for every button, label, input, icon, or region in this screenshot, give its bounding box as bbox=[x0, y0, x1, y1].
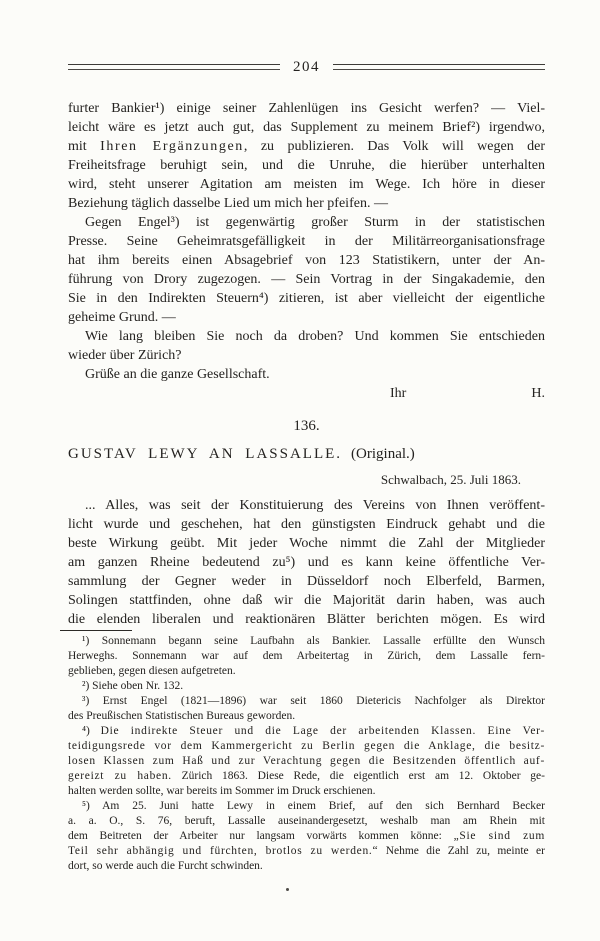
text-line: losen Klassen zum Haß und zur Verachtung… bbox=[68, 754, 545, 769]
letter-title: GUSTAV LEWY AN LASSALLE.(Original.) bbox=[68, 444, 545, 464]
text-line: teidigungsrede vor dem Kammergericht zu … bbox=[68, 739, 545, 754]
text-line: Solingen stattfinden, ohne daß wir die M… bbox=[68, 591, 545, 610]
text-line: führung von Drory zugezogen. — Sein Vort… bbox=[68, 270, 545, 289]
footnotes-section: ¹) Sonnemann begann seine Laufbahn als B… bbox=[68, 634, 545, 874]
letter-title-name: GUSTAV LEWY AN LASSALLE. bbox=[68, 446, 342, 462]
text-line: ³) Ernst Engel (1821—1896) war seit 1860… bbox=[68, 694, 545, 709]
paragraph: ... Alles, was seit der Konstituierung d… bbox=[68, 496, 545, 629]
letter-135-paragraphs: furter Bankier¹) einige seiner Zahlenlüg… bbox=[68, 99, 545, 384]
text-line: ⁴) Die indirekte Steuer und die Lage der… bbox=[68, 724, 545, 739]
text-span: mit bbox=[68, 139, 100, 154]
text-span: , zu publizieren. Das Volk will wegen de… bbox=[244, 139, 545, 154]
text-span: dem Beitreten der Arbeiter nur langsam v… bbox=[68, 830, 454, 842]
text-line: dort, so werde auch die Furcht schwinden… bbox=[68, 859, 545, 874]
text-line: mit Ihren Ergänzungen, zu publizieren. D… bbox=[68, 137, 545, 156]
emphasized-text: Ihren Ergänzungen bbox=[100, 139, 244, 154]
text-line: dem Beitreten der Arbeiter nur langsam v… bbox=[68, 829, 545, 844]
text-line: ... Alles, was seit der Konstituierung d… bbox=[68, 496, 545, 515]
text-line: hat ihm bereits einen Absagebrief von 12… bbox=[68, 251, 545, 270]
footnote: ⁵) Am 25. Juni hatte Lewy in einem Brief… bbox=[68, 799, 545, 874]
paragraph: Gegen Engel³) ist gegenwärtig großer Stu… bbox=[68, 213, 545, 327]
text-line: Teil sehr abhängig und fürchten, brotlos… bbox=[68, 844, 545, 859]
footnote: ¹) Sonnemann begann seine Laufbahn als B… bbox=[68, 634, 545, 679]
paragraph: furter Bankier¹) einige seiner Zahlenlüg… bbox=[68, 99, 545, 213]
text-span: Nehme die Zahl zu, meinte er bbox=[378, 845, 545, 857]
emphasized-text: gereizt zu haben. bbox=[68, 770, 172, 782]
footnotes-list: ¹) Sonnemann begann seine Laufbahn als B… bbox=[68, 634, 545, 874]
footnote: ⁴) Die indirekte Steuer und die Lage der… bbox=[68, 724, 545, 799]
paragraph: Grüße an die ganze Gesellschaft. bbox=[68, 365, 545, 384]
text-line: gereizt zu haben. Zürich 1863. Diese Red… bbox=[68, 769, 545, 784]
text-line: Freiheitsfrage beruhigt sein, und die Un… bbox=[68, 156, 545, 175]
text-line: geheime Grund. — bbox=[68, 308, 545, 327]
emphasized-text: Die indirekte Steuer und die Lage der ar… bbox=[101, 725, 476, 737]
text-span: Zürich 1863. Diese Rede, die eigentlich … bbox=[172, 770, 545, 782]
text-line: Herweghs. Sonnemann war auf dem Arbeiter… bbox=[68, 649, 545, 664]
text-line: Grüße an die ganze Gesellschaft. bbox=[68, 365, 545, 384]
text-line: furter Bankier¹) einige seiner Zahlenlüg… bbox=[68, 99, 545, 118]
letter-closing: Ihr H. bbox=[68, 384, 545, 403]
text-line: beste Wirkung geübt. Mit jeder Woche nim… bbox=[68, 534, 545, 553]
text-line: wieder über Zürich? bbox=[68, 346, 545, 365]
text-line: des Preußischen Statistischen Bureaus ge… bbox=[68, 709, 545, 724]
page-header: 204 bbox=[68, 58, 545, 76]
letter-title-suffix: (Original.) bbox=[351, 446, 415, 462]
text-line: die elenden liberalen und reaktionären B… bbox=[68, 610, 545, 629]
paragraph: Wie lang bleiben Sie noch da droben? Und… bbox=[68, 327, 545, 365]
emphasized-text: Teil sehr abhängig und fürchten, brotlos… bbox=[68, 845, 378, 857]
text-line: ⁵) Am 25. Juni hatte Lewy in einem Brief… bbox=[68, 799, 545, 814]
page-number: 204 bbox=[293, 58, 320, 76]
text-line: licht wurde und geschehen, hat den günst… bbox=[68, 515, 545, 534]
text-line: sammlung der Gegner weder in Düsseldorf … bbox=[68, 572, 545, 591]
emphasized-text: „Sie sind zum bbox=[454, 830, 545, 842]
print-mark-dot bbox=[286, 888, 289, 891]
footnote: ²) Siehe oben Nr. 132. bbox=[68, 679, 545, 694]
emphasized-text: Eine Ver- bbox=[476, 725, 545, 737]
text-line: a. a. O., S. 76, beruft, Lassalle ausein… bbox=[68, 814, 545, 829]
text-line: Wie lang bleiben Sie noch da droben? Und… bbox=[68, 327, 545, 346]
text-line: Presse. Seine Geheimratsgefälligkeit in … bbox=[68, 232, 545, 251]
text-line: am ganzen Rheine bedeutend zu⁵) und es k… bbox=[68, 553, 545, 572]
text-line: wird, steht unserer Agitation am meisten… bbox=[68, 175, 545, 194]
footnote: ³) Ernst Engel (1821—1896) war seit 1860… bbox=[68, 694, 545, 724]
text-line: leicht wäre es jetzt auch gut, das Suppl… bbox=[68, 118, 545, 137]
book-page: 204 furter Bankier¹) einige seiner Zahle… bbox=[0, 0, 600, 941]
text-line: geblieben, gegen diesen aufgetreten. bbox=[68, 664, 545, 679]
letter-136-paragraphs: ... Alles, was seit der Konstituierung d… bbox=[68, 496, 545, 629]
text-line: Gegen Engel³) ist gegenwärtig großer Stu… bbox=[68, 213, 545, 232]
letter-135-text: furter Bankier¹) einige seiner Zahlenlüg… bbox=[68, 99, 545, 403]
text-line: Beziehung täglich dasselbe Lied um mich … bbox=[68, 194, 545, 213]
letter-136-text: ... Alles, was seit der Konstituierung d… bbox=[68, 496, 545, 629]
text-line: halten werden sollte, war bereits im Som… bbox=[68, 784, 545, 799]
footnote-separator-rule bbox=[60, 630, 132, 631]
header-rule-right bbox=[333, 64, 545, 70]
header-rule-left bbox=[68, 64, 280, 70]
text-line: Sie in den Indirekten Steuern⁴) zitieren… bbox=[68, 289, 545, 308]
letter-number-heading: 136. bbox=[68, 417, 545, 436]
closing-signature: H. bbox=[531, 384, 545, 403]
text-line: ²) Siehe oben Nr. 132. bbox=[68, 679, 545, 694]
closing-salutation: Ihr bbox=[390, 384, 406, 403]
text-span: ⁴) bbox=[82, 725, 101, 737]
dateline: Schwalbach, 25. Juli 1863. bbox=[68, 471, 545, 488]
text-line: ¹) Sonnemann begann seine Laufbahn als B… bbox=[68, 634, 545, 649]
